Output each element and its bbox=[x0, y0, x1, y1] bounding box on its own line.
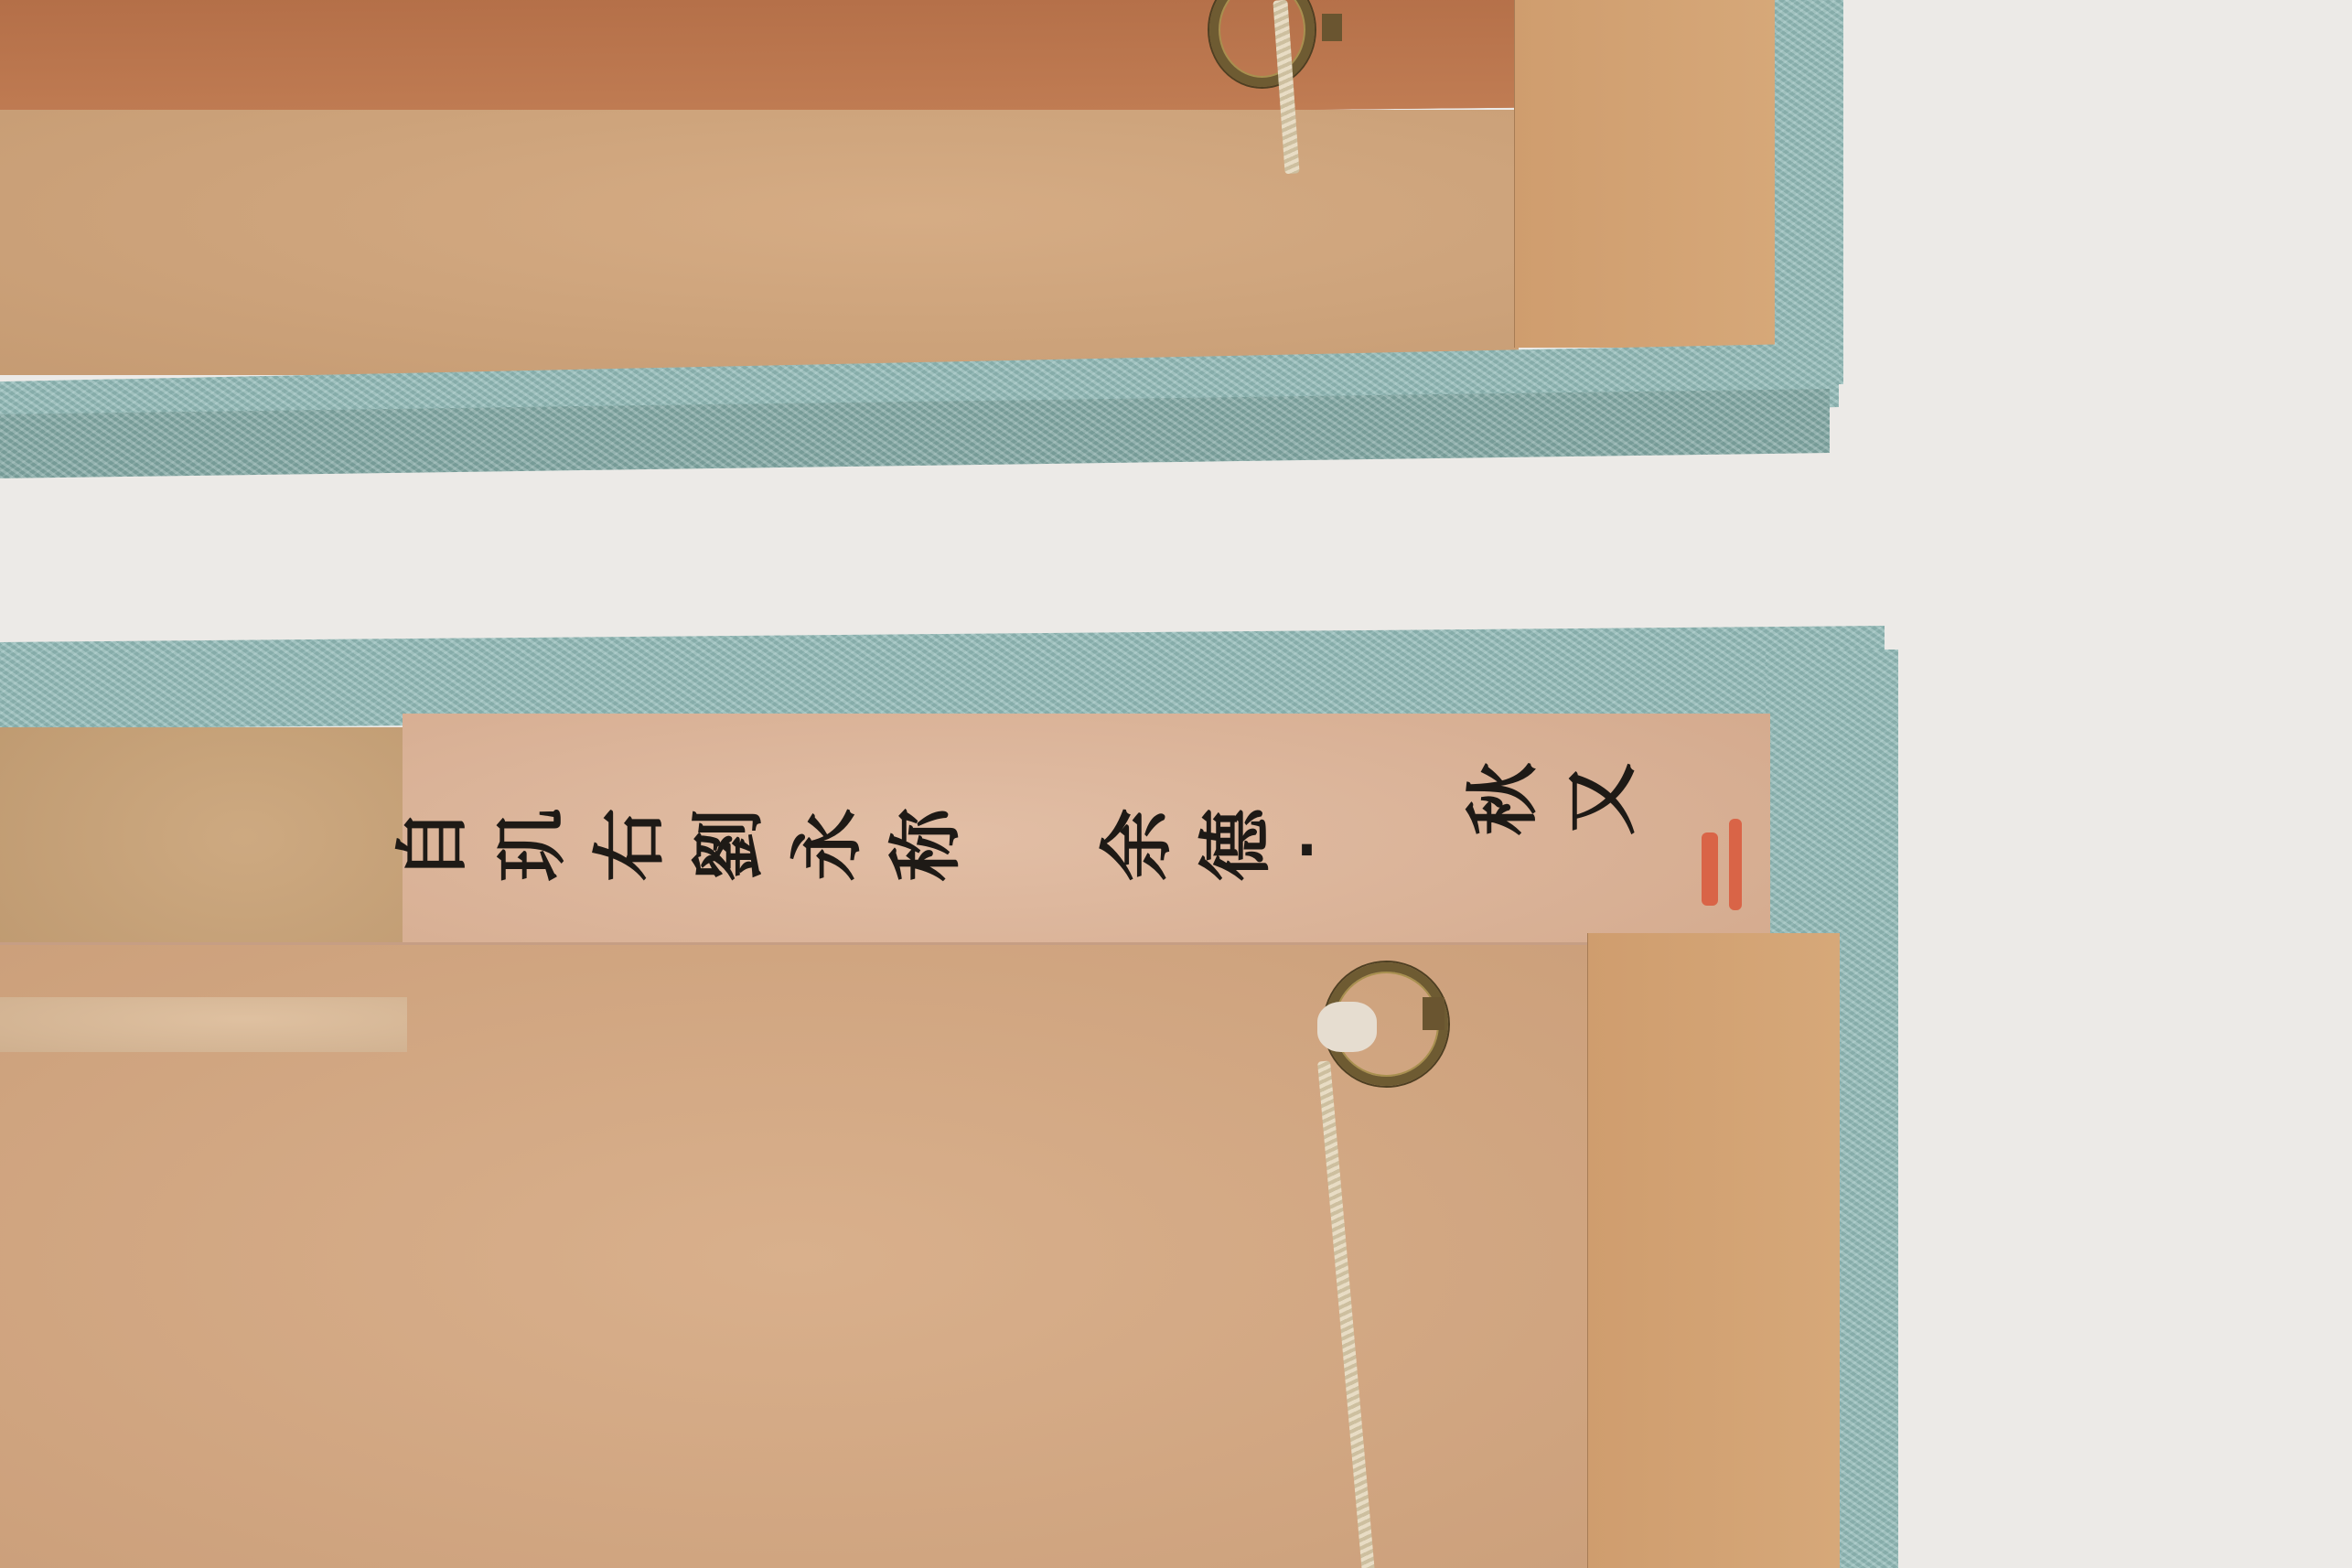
top-frame bbox=[0, 0, 1857, 467]
bottom-ring-clip bbox=[1423, 997, 1444, 1030]
cord-knot bbox=[1317, 1002, 1377, 1052]
seal-mark-2 bbox=[1729, 819, 1742, 910]
top-frame-right-panel bbox=[1514, 0, 1780, 348]
seal-mark bbox=[1702, 832, 1718, 906]
calligraphy-column-1: 秋 又 bbox=[1464, 768, 1702, 842]
bottom-frame-left-lower bbox=[0, 997, 407, 1052]
top-ring-clip bbox=[1322, 14, 1342, 41]
top-frame-right-binding bbox=[1775, 0, 1843, 384]
calligraphy-column-2: 余 德 ‧ bbox=[1098, 814, 1445, 887]
calligraphy-column-3: 自 玑 右 劉 永 称 bbox=[393, 814, 1034, 887]
bottom-frame: 秋 又 余 德 ‧ 自 玑 右 劉 永 称 bbox=[0, 631, 1903, 1568]
bottom-frame-right-panel bbox=[1587, 933, 1840, 1568]
